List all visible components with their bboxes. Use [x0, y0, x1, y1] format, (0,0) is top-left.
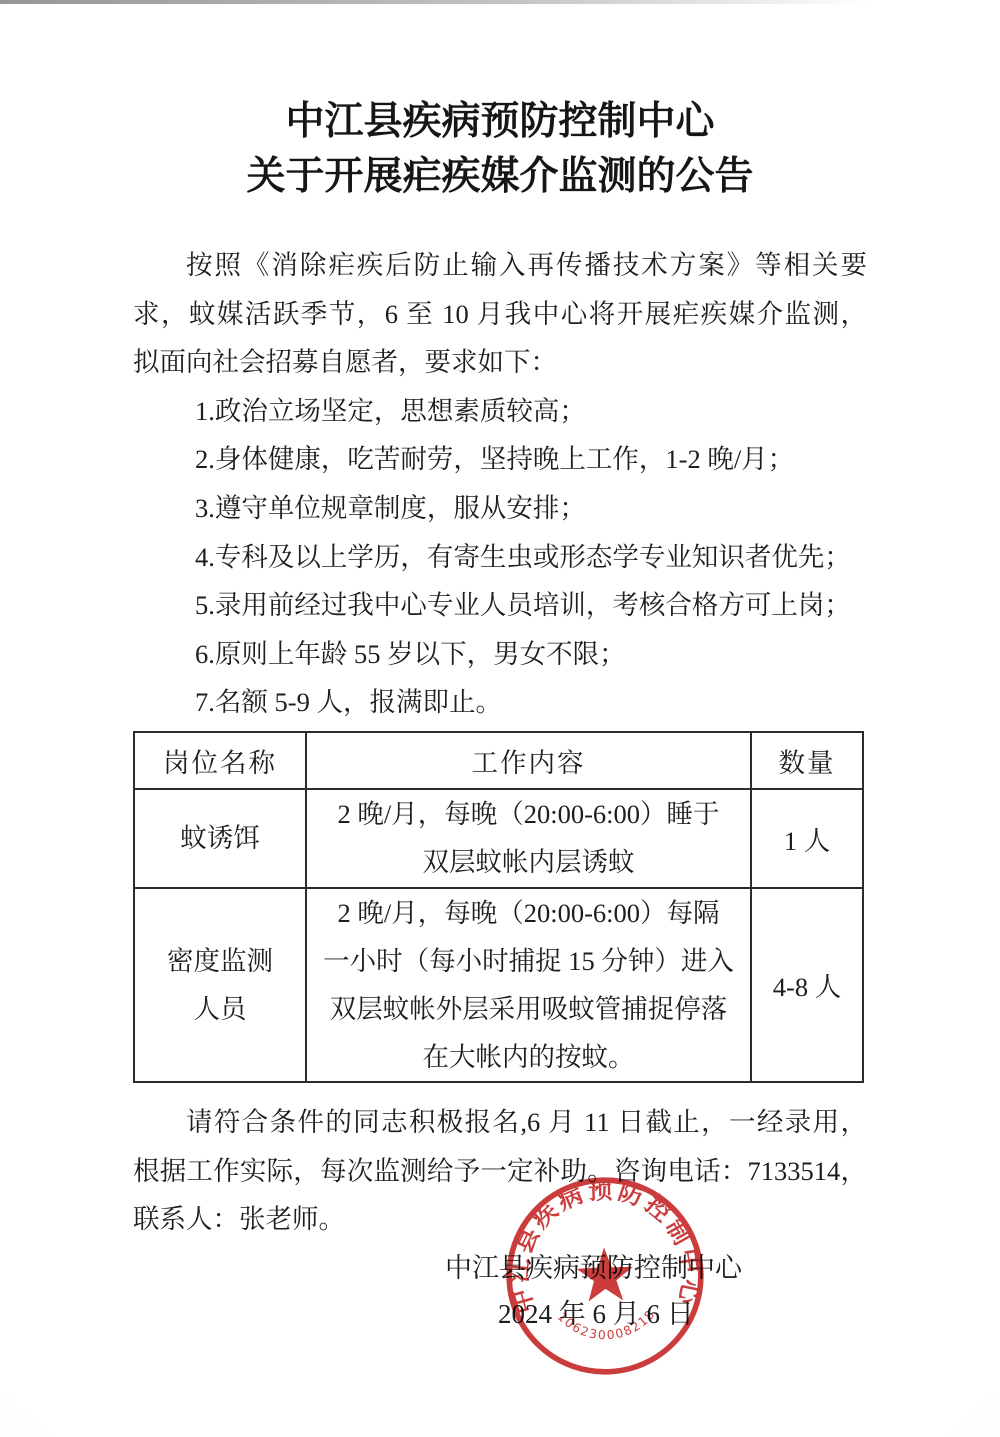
cell-count: 1 人: [751, 789, 863, 888]
intro-line: 求，蚊媒活跃季节，6 至 10 月我中心将开展疟疾媒介监测，: [133, 290, 867, 339]
requirement-item-5: 5.录用前经过我中心专业人员培训，考核合格方可上岗；: [133, 581, 867, 630]
closing-line: 联系人：张老师。: [133, 1195, 867, 1244]
requirement-item-4: 4.专科及以上学历，有寄生虫或形态学专业知识者优先；: [133, 533, 867, 582]
closing-paragraph: 请符合条件的同志积极报名,6 月 11 日截止，一经录用， 根据工作实际，每次监…: [133, 1098, 867, 1244]
table-row-monitor: 密度监测 人员 2 晚/月，每晚（20:00-6:00）每隔 一小时（每小时捕捉…: [134, 888, 863, 1082]
duty-line: 2 晚/月，每晚（20:00-6:00）睡于: [307, 790, 750, 838]
position-line: 密度监测: [135, 937, 305, 985]
requirement-item-3: 3.遵守单位规章制度，服从安排；: [133, 484, 867, 533]
table-row-bait: 蚊诱饵 2 晚/月，每晚（20:00-6:00）睡于 双层蚊帐内层诱蚊 1 人: [134, 789, 863, 888]
cell-position: 蚊诱饵: [134, 789, 306, 888]
position-line: 人员: [135, 985, 305, 1033]
closing-line: 根据工作实际，每次监测给予一定补助。咨询电话：7133514，: [133, 1147, 867, 1196]
duty-line: 双层蚊帐外层采用吸蚊管捕捉停落: [307, 985, 750, 1033]
cell-count: 4-8 人: [751, 888, 863, 1082]
intro-paragraph: 按照《消除疟疾后防止输入再传播技术方案》等相关要 求，蚊媒活跃季节，6 至 10…: [133, 241, 867, 387]
title-line-subject: 关于开展疟疾媒介监测的公告: [133, 149, 867, 204]
signature-date: 2024 年 6 月 6 日: [133, 1291, 867, 1338]
intro-line: 拟面向社会招募自愿者，要求如下：: [133, 338, 867, 387]
header-duty: 工作内容: [306, 732, 751, 789]
duty-line: 在大帐内的按蚊。: [307, 1033, 750, 1081]
cell-position: 密度监测 人员: [134, 888, 306, 1082]
header-position: 岗位名称: [134, 732, 306, 789]
requirement-item-1: 1.政治立场坚定，思想素质较高；: [133, 387, 867, 436]
requirement-item-2: 2.身体健康，吃苦耐劳，坚持晚上工作，1-2 晚/月；: [133, 435, 867, 484]
requirement-item-7: 7.名额 5-9 人，报满即止。: [133, 678, 867, 727]
cell-duty: 2 晚/月，每晚（20:00-6:00）每隔 一小时（每小时捕捉 15 分钟）进…: [306, 888, 751, 1082]
scanned-announcement-page: 中江县疾病预防控制中心 关于开展疟疾媒介监测的公告 按照《消除疟疾后防止输入再传…: [0, 0, 1000, 1437]
duty-line: 双层蚊帐内层诱蚊: [307, 838, 750, 886]
positions-table: 岗位名称 工作内容 数量 蚊诱饵 2 晚/月，每晚（20:00-6:00）睡于 …: [133, 731, 864, 1083]
requirement-item-6: 6.原则上年龄 55 岁以下，男女不限；: [133, 630, 867, 679]
intro-line: 按照《消除疟疾后防止输入再传播技术方案》等相关要: [133, 241, 867, 290]
document-title: 中江县疾病预防控制中心 关于开展疟疾媒介监测的公告: [133, 94, 867, 204]
position-line: 蚊诱饵: [135, 814, 305, 862]
cell-duty: 2 晚/月，每晚（20:00-6:00）睡于 双层蚊帐内层诱蚊: [306, 789, 751, 888]
duty-line: 2 晚/月，每晚（20:00-6:00）每隔: [307, 889, 750, 937]
title-line-org: 中江县疾病预防控制中心: [133, 94, 867, 149]
document-content: 中江县疾病预防控制中心 关于开展疟疾媒介监测的公告 按照《消除疟疾后防止输入再传…: [133, 0, 867, 1338]
signature-organization: 中江县疾病预防控制中心: [133, 1245, 867, 1291]
header-count: 数量: [751, 732, 863, 789]
table-header-row: 岗位名称 工作内容 数量: [134, 732, 863, 789]
requirements-list: 1.政治立场坚定，思想素质较高； 2.身体健康，吃苦耐劳，坚持晚上工作，1-2 …: [133, 387, 867, 727]
duty-line: 一小时（每小时捕捉 15 分钟）进入: [307, 937, 750, 985]
closing-line: 请符合条件的同志积极报名,6 月 11 日截止，一经录用，: [133, 1098, 867, 1147]
